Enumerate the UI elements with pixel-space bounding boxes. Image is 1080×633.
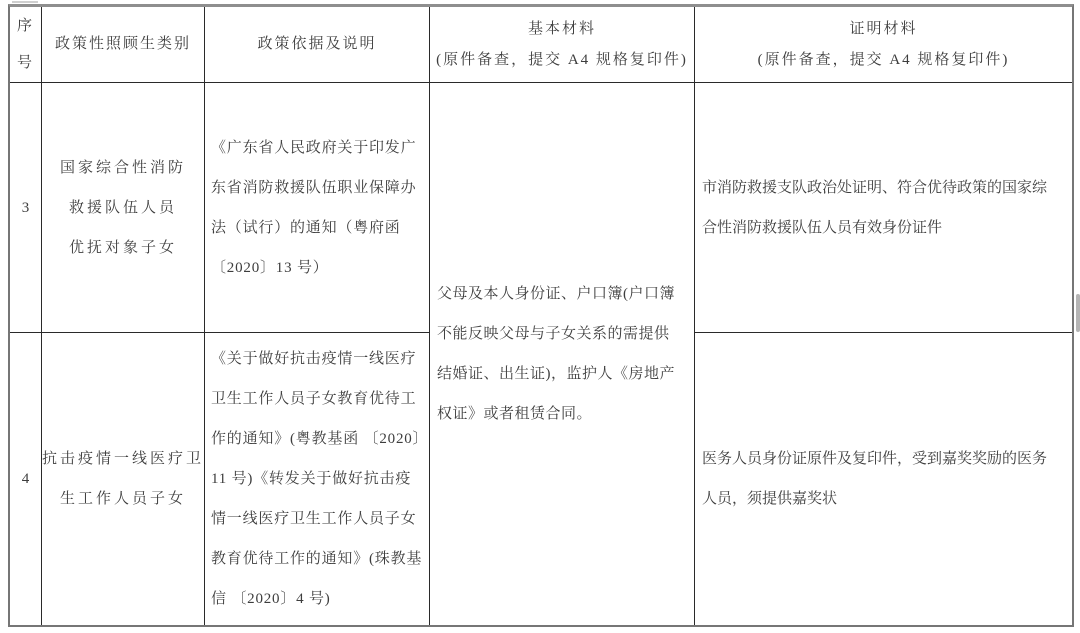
document-page: 序号 政策性照顾生类别 政策依据及说明 基本材料(原件备查，提交 A4 规格复印… [0,0,1080,633]
scrollbar-thumb[interactable] [1076,294,1080,332]
row4-serial-cell: 4 [10,333,42,625]
row4-category-cell: 抗击疫情一线医疗卫生工作人员子女 [42,333,205,625]
row3-category-cell: 国家综合性消防救援队伍人员优抚对象子女 [42,83,205,333]
header-cell-policy-basis: 政策依据及说明 [205,7,430,83]
row4-proof-materials-cell: 医务人员身份证原件及复印件，受到嘉奖奖励的医务人员，须提供嘉奖状 [695,333,1072,625]
row3-serial-number: 3 [22,188,30,228]
header-cell-serial-number: 序号 [10,7,42,83]
policy-materials-table: 序号 政策性照顾生类别 政策依据及说明 基本材料(原件备查，提交 A4 规格复印… [8,4,1074,627]
cropped-row-artifact [12,1,38,3]
row3-serial-cell: 3 [10,83,42,333]
header-category-label: 政策性照顾生类别 [55,29,191,60]
row3-proof-materials-cell: 市消防救援支队政治处证明、符合优待政策的国家综合性消防救援队伍人员有效身份证件 [695,83,1072,333]
header-basis-label: 政策依据及说明 [257,29,376,60]
row4-serial-number: 4 [22,459,30,499]
merged-basic-materials-cell: 父母及本人身份证、户口簿(户口簿不能反映父母与子女关系的需提供结婚证、出生证)，… [430,83,695,625]
header-cell-basic-materials: 基本材料(原件备查，提交 A4 规格复印件) [430,7,695,83]
header-cell-category: 政策性照顾生类别 [42,7,205,83]
row4-policy-basis-cell: 《关于做好抗击疫情一线医疗卫生工作人员子女教育优待工作的通知》(粤教基函 〔20… [205,333,430,625]
header-cell-proof-materials: 证明材料(原件备查，提交 A4 规格复印件) [695,7,1072,83]
row3-policy-basis-cell: 《广东省人民政府关于印发广东省消防救援队伍职业保障办法（试行）的通知（粤府函〔2… [205,83,430,333]
